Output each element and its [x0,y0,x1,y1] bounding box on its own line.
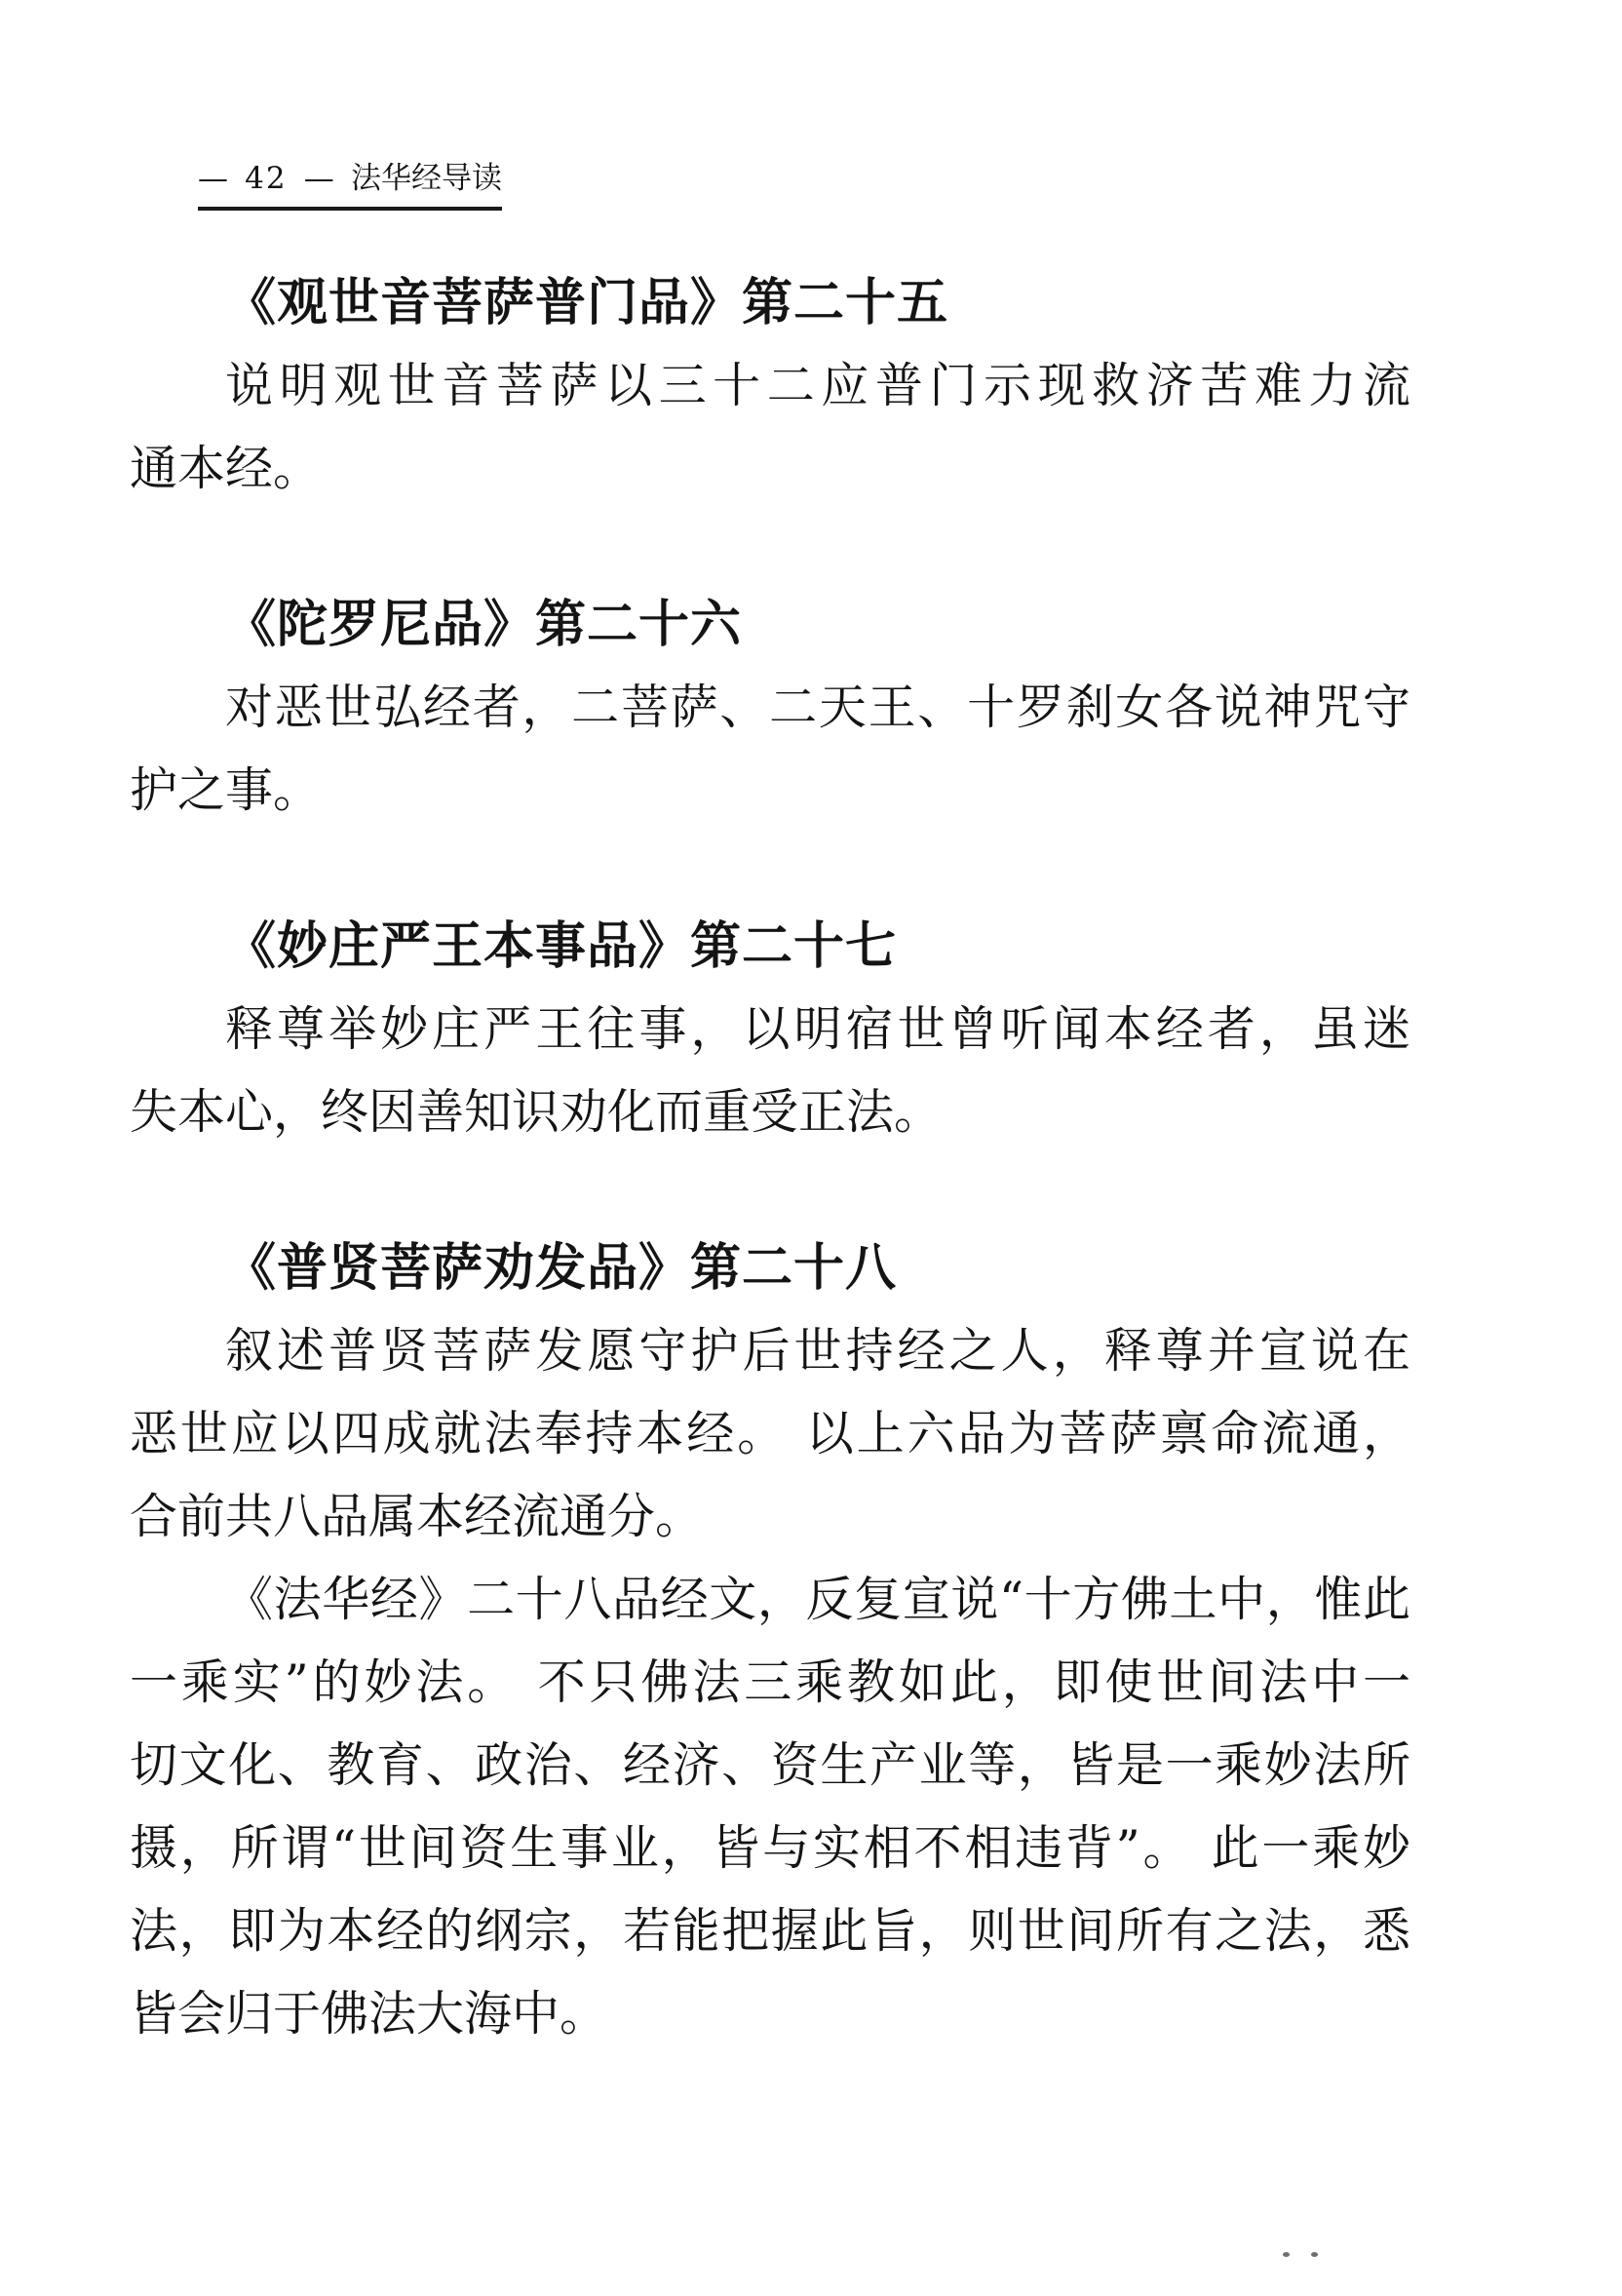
section-heading: 《观世音菩萨普门品》第二十五 [130,261,1410,344]
scan-artifact [1283,2252,1318,2257]
text-line: 叙述普贤菩萨发愿守护后世持经之人，释尊并宣说在 [130,1309,1410,1392]
paragraph: 释尊举妙庄严王往事，以明宿世曾听闻本经者，虽迷 失本心，终因善知识劝化而重受正法… [130,988,1410,1153]
page-number: 42 [245,159,287,198]
page-content: 《观世音菩萨普门品》第二十五 说明观世音菩萨以三十二应普门示现救济苦难力流 通本… [130,261,1410,2055]
header-dash-left: — [198,159,228,198]
section-heading: 《妙庄严王本事品》第二十七 [130,905,1410,988]
book-page: — 42 — 法华经导读 《观世音菩萨普门品》第二十五 说明观世音菩萨以三十二应… [0,0,1622,2296]
header-dash-right: — [304,159,334,198]
text-line: 失本心，终因善知识劝化而重受正法。 [130,1070,1410,1153]
section-chapter-25: 《观世音菩萨普门品》第二十五 说明观世音菩萨以三十二应普门示现救济苦难力流 通本… [130,261,1410,510]
text-line: 通本经。 [130,427,1410,510]
text-line: 合前共八品属本经流通分。 [130,1475,1410,1558]
text-line: 皆会归于佛法大海中。 [130,1972,1410,2055]
text-line: 《法华经》二十八品经文，反复宣说“十方佛土中，惟此 [130,1558,1410,1641]
paragraph: 叙述普贤菩萨发愿守护后世持经之人，释尊并宣说在 恶世应以四成就法奉持本经。 以上… [130,1309,1410,1558]
section-heading: 《陀罗尼品》第二十六 [130,583,1410,666]
text-line: 释尊举妙庄严王往事，以明宿世曾听闻本经者，虽迷 [130,988,1410,1070]
paragraph: 对恶世弘经者，二菩萨、二天王、十罗刹女各说神咒守 护之事。 [130,666,1410,832]
text-line: 对恶世弘经者，二菩萨、二天王、十罗刹女各说神咒守 [130,666,1410,749]
book-title: 法华经导读 [351,159,502,198]
text-line: 护之事。 [130,749,1410,832]
section-chapter-26: 《陀罗尼品》第二十六 对恶世弘经者，二菩萨、二天王、十罗刹女各说神咒守 护之事。 [130,583,1410,832]
text-line: 法，即为本经的纲宗，若能把握此旨，则世间所有之法，悉 [130,1889,1410,1972]
paragraph: 《法华经》二十八品经文，反复宣说“十方佛土中，惟此 一乘实”的妙法。 不只佛法三… [130,1558,1410,2055]
paragraph: 说明观世音菩萨以三十二应普门示现救济苦难力流 通本经。 [130,344,1410,510]
section-heading: 《普贤菩萨劝发品》第二十八 [130,1226,1410,1309]
text-line: 一乘实”的妙法。 不只佛法三乘教如此，即使世间法中一 [130,1641,1410,1724]
section-chapter-28: 《普贤菩萨劝发品》第二十八 叙述普贤菩萨发愿守护后世持经之人，释尊并宣说在 恶世… [130,1226,1410,2055]
text-line: 说明观世音菩萨以三十二应普门示现救济苦难力流 [130,344,1410,427]
text-line: 恶世应以四成就法奉持本经。 以上六品为菩萨禀命流通， [130,1392,1410,1475]
text-line: 切文化、教育、政治、经济、资生产业等，皆是一乘妙法所 [130,1724,1410,1807]
section-chapter-27: 《妙庄严王本事品》第二十七 释尊举妙庄严王往事，以明宿世曾听闻本经者，虽迷 失本… [130,905,1410,1153]
page-header: — 42 — 法华经导读 [198,159,502,211]
text-line: 摄，所谓“世间资生事业，皆与实相不相违背”。 此一乘妙 [130,1807,1410,1889]
